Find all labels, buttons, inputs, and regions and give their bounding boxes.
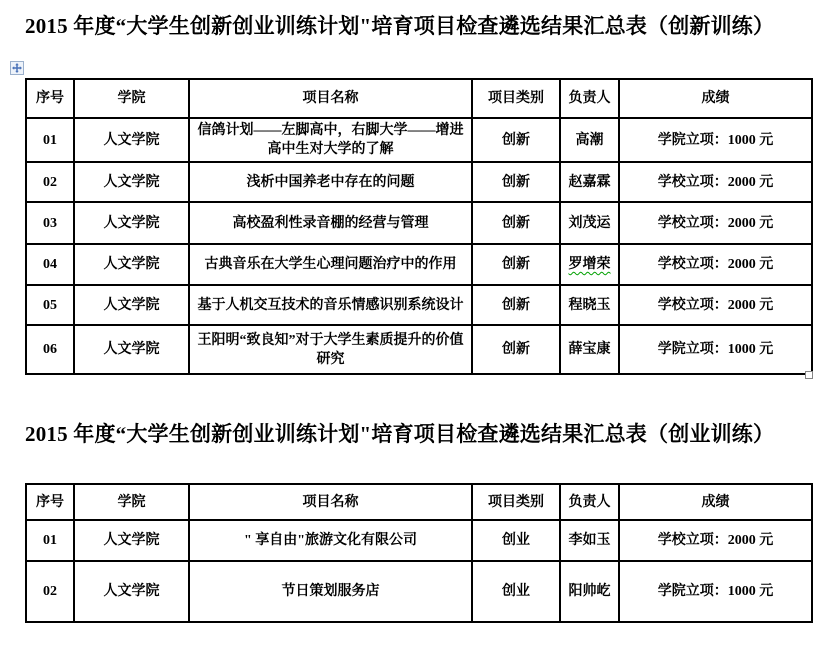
table-cell-category[interactable]: 创新 xyxy=(472,325,560,374)
column-header-leader[interactable]: 负责人 xyxy=(560,484,619,520)
column-header-leader[interactable]: 负责人 xyxy=(560,79,619,118)
table-row: 02 人文学院 浅析中国养老中存在的问题 创新 赵嘉霖 学校立项：2000 元 xyxy=(26,162,812,202)
table-cell-category[interactable]: 创新 xyxy=(472,244,560,285)
table-cell-college[interactable]: 人文学院 xyxy=(74,285,189,325)
table-cell-project-name[interactable]: 节日策划服务店 xyxy=(189,561,472,622)
table-cell-index[interactable]: 04 xyxy=(26,244,74,285)
misspelled-name: 罗增荣 xyxy=(569,257,611,272)
table-cell-leader[interactable]: 程晓玉 xyxy=(560,285,619,325)
table-cell-index[interactable]: 02 xyxy=(26,561,74,622)
table-cell-index[interactable]: 01 xyxy=(26,118,74,162)
table-row: 06 人文学院 王阳明“致良知”对于大学生素质提升的价值研究 创新 薛宝康 学院… xyxy=(26,325,812,374)
entrepreneurship-training-table: 序号 学院 项目名称 项目类别 负责人 成绩 01 人文学院 " 享自由"旅游文… xyxy=(25,483,813,623)
table-move-cross-icon xyxy=(12,63,22,73)
table-cell-leader[interactable]: 阳帅屹 xyxy=(560,561,619,622)
table-cell-category[interactable]: 创新 xyxy=(472,202,560,244)
table-cell-college[interactable]: 人文学院 xyxy=(74,561,189,622)
table-cell-result[interactable]: 学院立项：1000 元 xyxy=(619,325,812,374)
column-header-category[interactable]: 项目类别 xyxy=(472,484,560,520)
table-cell-result[interactable]: 学校立项：2000 元 xyxy=(619,162,812,202)
table-cell-leader[interactable]: 刘茂运 xyxy=(560,202,619,244)
table-cell-project-name[interactable]: 古典音乐在大学生心理问题治疗中的作用 xyxy=(189,244,472,285)
table-cell-leader[interactable]: 李如玉 xyxy=(560,520,619,561)
table-cell-leader[interactable]: 薛宝康 xyxy=(560,325,619,374)
column-header-result[interactable]: 成绩 xyxy=(619,79,812,118)
table-cell-result[interactable]: 学校立项：2000 元 xyxy=(619,244,812,285)
table-cell-result[interactable]: 学校立项：2000 元 xyxy=(619,202,812,244)
table-cell-college[interactable]: 人文学院 xyxy=(74,118,189,162)
column-header-project-name[interactable]: 项目名称 xyxy=(189,484,472,520)
table-cell-category[interactable]: 创新 xyxy=(472,162,560,202)
table-cell-project-name[interactable]: 基于人机交互技术的音乐情感识别系统设计 xyxy=(189,285,472,325)
table-cell-index[interactable]: 02 xyxy=(26,162,74,202)
table-cell-result[interactable]: 学校立项：2000 元 xyxy=(619,285,812,325)
column-header-index[interactable]: 序号 xyxy=(26,484,74,520)
table-header-row: 序号 学院 项目名称 项目类别 负责人 成绩 xyxy=(26,484,812,520)
table-cell-project-name[interactable]: 信鸽计划——左脚高中，右脚大学——增进高中生对大学的了解 xyxy=(189,118,472,162)
table-row: 01 人文学院 信鸽计划——左脚高中，右脚大学——增进高中生对大学的了解 创新 … xyxy=(26,118,812,162)
table-header-row: 序号 学院 项目名称 项目类别 负责人 成绩 xyxy=(26,79,812,118)
table-row: 04 人文学院 古典音乐在大学生心理问题治疗中的作用 创新 罗增荣 学校立项：2… xyxy=(26,244,812,285)
table-move-handle[interactable] xyxy=(10,61,24,75)
table-cell-result[interactable]: 学院立项：1000 元 xyxy=(619,118,812,162)
table-cell-college[interactable]: 人文学院 xyxy=(74,162,189,202)
table-cell-index[interactable]: 05 xyxy=(26,285,74,325)
column-header-project-name[interactable]: 项目名称 xyxy=(189,79,472,118)
table-cell-category[interactable]: 创新 xyxy=(472,118,560,162)
table-cell-leader[interactable]: 高潮 xyxy=(560,118,619,162)
table-cell-leader[interactable]: 赵嘉霖 xyxy=(560,162,619,202)
table-row: 05 人文学院 基于人机交互技术的音乐情感识别系统设计 创新 程晓玉 学校立项：… xyxy=(26,285,812,325)
table-cell-project-name[interactable]: 王阳明“致良知”对于大学生素质提升的价值研究 xyxy=(189,325,472,374)
column-header-college[interactable]: 学院 xyxy=(74,79,189,118)
table-cell-index[interactable]: 06 xyxy=(26,325,74,374)
table2-title[interactable]: 2015 年度“大学生创新创业训练计划"培育项目检查遴选结果汇总表（创业训练） xyxy=(25,418,825,448)
table1-title[interactable]: 2015 年度“大学生创新创业训练计划"培育项目检查遴选结果汇总表（创新训练） xyxy=(25,10,825,40)
table-row: 03 人文学院 高校盈利性录音棚的经营与管理 创新 刘茂运 学校立项：2000 … xyxy=(26,202,812,244)
table-cell-index[interactable]: 03 xyxy=(26,202,74,244)
column-header-college[interactable]: 学院 xyxy=(74,484,189,520)
table-cell-category[interactable]: 创业 xyxy=(472,561,560,622)
innovation-training-table: 序号 学院 项目名称 项目类别 负责人 成绩 01 人文学院 信鸽计划——左脚高… xyxy=(25,78,813,375)
table-cell-college[interactable]: 人文学院 xyxy=(74,325,189,374)
column-header-category[interactable]: 项目类别 xyxy=(472,79,560,118)
column-header-index[interactable]: 序号 xyxy=(26,79,74,118)
table-cell-result[interactable]: 学校立项：2000 元 xyxy=(619,520,812,561)
table-cell-project-name[interactable]: 浅析中国养老中存在的问题 xyxy=(189,162,472,202)
table-resize-handle[interactable] xyxy=(805,371,813,379)
table-cell-project-name[interactable]: 高校盈利性录音棚的经营与管理 xyxy=(189,202,472,244)
table-cell-result[interactable]: 学院立项：1000 元 xyxy=(619,561,812,622)
table-cell-project-name[interactable]: " 享自由"旅游文化有限公司 xyxy=(189,520,472,561)
table-cell-category[interactable]: 创新 xyxy=(472,285,560,325)
table-cell-leader[interactable]: 罗增荣 xyxy=(560,244,619,285)
table-cell-category[interactable]: 创业 xyxy=(472,520,560,561)
table-cell-college[interactable]: 人文学院 xyxy=(74,202,189,244)
document-page: 2015 年度“大学生创新创业训练计划"培育项目检查遴选结果汇总表（创新训练） … xyxy=(0,0,839,649)
table-cell-college[interactable]: 人文学院 xyxy=(74,244,189,285)
table-row: 02 人文学院 节日策划服务店 创业 阳帅屹 学院立项：1000 元 xyxy=(26,561,812,622)
table-cell-index[interactable]: 01 xyxy=(26,520,74,561)
table-row: 01 人文学院 " 享自由"旅游文化有限公司 创业 李如玉 学校立项：2000 … xyxy=(26,520,812,561)
table-cell-college[interactable]: 人文学院 xyxy=(74,520,189,561)
column-header-result[interactable]: 成绩 xyxy=(619,484,812,520)
